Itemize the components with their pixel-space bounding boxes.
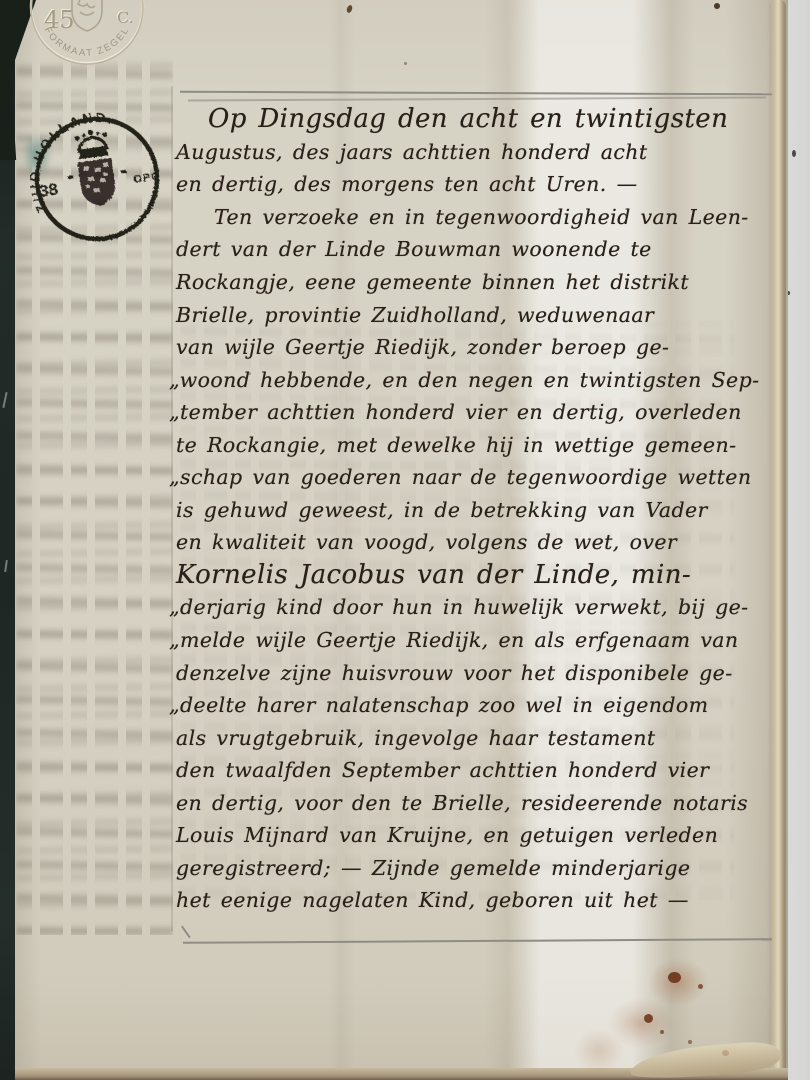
manuscript-line: „melde wijle Geertje Riedijk, en als erf…	[169, 624, 784, 657]
ink-stain-core	[644, 1014, 653, 1023]
paper-speck	[714, 3, 720, 9]
manuscript-line: en dertig, voor den te Brielle, resideer…	[176, 786, 784, 819]
paper-speck	[404, 62, 407, 65]
manuscript-line: Kornelis Jacobus van der Linde, min-	[176, 559, 784, 592]
manuscript-line: en dertig, des morgens ten acht Uren. —	[176, 168, 784, 201]
stain-dot	[660, 1030, 664, 1034]
manuscript-line: „schap van goederen naar de tegenwoordig…	[169, 461, 784, 494]
stain-dot	[698, 984, 703, 989]
shield-icon	[78, 158, 118, 208]
fold-crease-left-margin	[171, 86, 173, 931]
stain-dot	[722, 1050, 729, 1056]
manuscript-line: en kwaliteit van voogd, volgens de wet, …	[176, 526, 784, 559]
binding-edge	[0, 0, 15, 1080]
manuscript-line: dert van der Linde Bouwman woonende te	[176, 233, 784, 266]
manuscript-text: Op Dingsdag den acht en twintigsten Augu…	[176, 103, 784, 917]
manuscript-line: „derjarig kind door hun in huwelijk verw…	[169, 591, 784, 624]
manuscript-line: Ten verzoeke en in tegenwoordigheid van …	[176, 201, 784, 234]
crown-icon	[74, 128, 110, 160]
manuscript-line: Louis Mijnard van Kruijne, en getuigen v…	[176, 819, 784, 852]
stamp-value-right: C.	[117, 8, 134, 27]
manuscript-line: „tember achttien honderd vier en dertig,…	[169, 396, 784, 429]
paper-speck	[792, 150, 796, 157]
manuscript-line: Brielle, provintie Zuidholland, weduwena…	[176, 298, 784, 331]
stain-dot	[688, 1040, 692, 1044]
manuscript-line: van wijle Geertje Riedijk, zonder beroep…	[176, 331, 784, 364]
manuscript-line: „deelte harer nalatenschap zoo wel in ei…	[169, 689, 784, 722]
document-photo: 45 45 C. C. FORMAAT ZEGEL ZUID-HOLLAND. …	[0, 0, 810, 1080]
manuscript-line: het eenige nagelaten Kind, geboren uit h…	[176, 884, 784, 917]
manuscript-line: te Rockangie, met dewelke hij in wettige…	[176, 428, 784, 461]
manuscript-line: is gehuwd geweest, in de betrekking van …	[176, 494, 784, 527]
manuscript-line: den twaalfden September achttien honderd…	[176, 754, 784, 787]
manuscript-line: Augustus, des jaars achttien honderd ach…	[176, 136, 784, 169]
embossed-revenue-stamp: 45 45 C. C. FORMAAT ZEGEL	[24, 0, 150, 78]
manuscript-line: geregistreerd; — Zijnde gemelde minderja…	[176, 852, 784, 885]
manuscript-line: Rockangje, eene gemeente binnen het dist…	[176, 266, 784, 299]
stamp-left-value: 38	[38, 180, 59, 201]
ink-stain-core	[668, 972, 681, 983]
stamp-ornament	[67, 175, 73, 179]
ink-stain	[574, 1028, 624, 1074]
stamp-ornament	[121, 170, 126, 174]
manuscript-line: als vrugtgebruik, ingevolge haar testame…	[176, 721, 784, 754]
coat-of-arms-icon	[72, 0, 102, 31]
paper-speck	[248, 372, 251, 375]
manuscript-line: Op Dingsdag den acht en twintigsten	[176, 103, 784, 136]
manuscript-line: „woond hebbende, en den negen en twintig…	[169, 363, 784, 396]
ink-revenue-stamp: ZUID-HOLLAND. 38 OPC	[30, 112, 164, 246]
manuscript-line: denzelve zijne huisvrouw voor het dispon…	[176, 656, 784, 689]
